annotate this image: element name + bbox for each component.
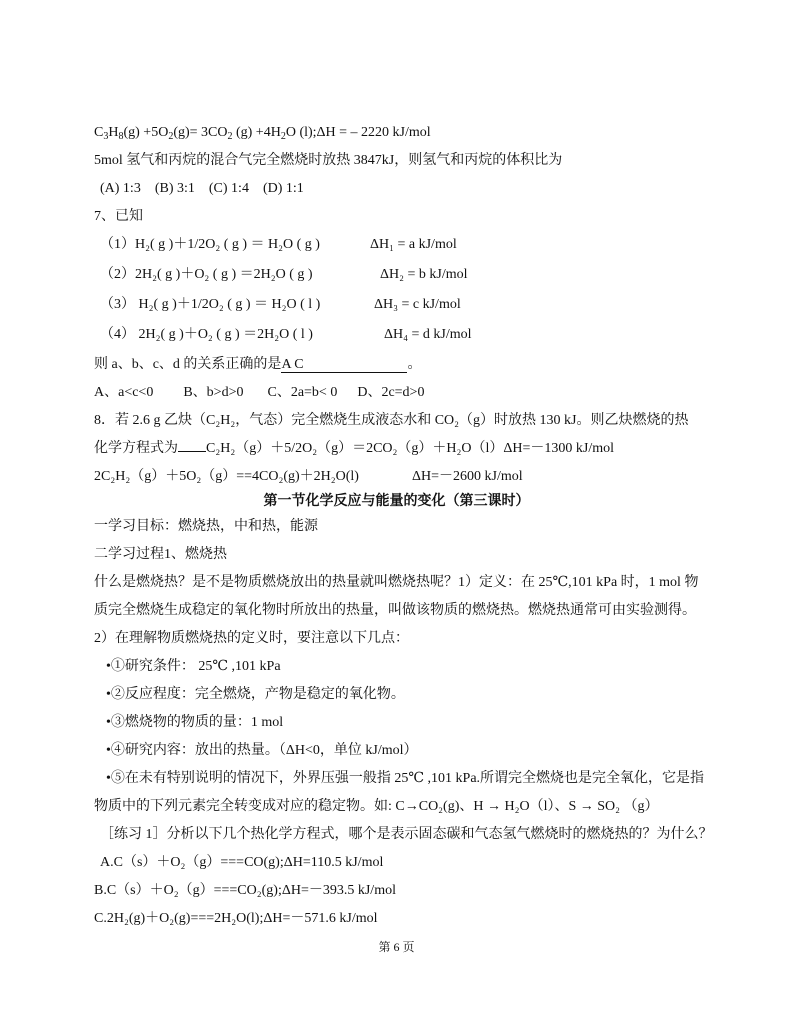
exercise-option-a: A.C（s）＋O₂（g）===CO(g);ΔH=110.5 kJ/mol: [100, 854, 383, 872]
equation-1: （1）H₂( g )＋1/2O₂ ( g ) ＝ H₂O ( g )ΔH₁ = …: [100, 236, 320, 254]
exercise-1: ［练习 1］分析以下几个热化学方程式，哪个是表示固态碳和气态氢气燃烧时的燃烧热的…: [100, 826, 713, 844]
question-6-options: (A) 1:3(B) 3:1(C) 1:4(D) 1:1: [100, 180, 304, 198]
note-3: •③燃烧物的物质的量：1 mol: [106, 714, 283, 732]
answer-blank: A C: [281, 358, 407, 373]
note-5: •⑤在未有特别说明的情况下，外界压强一般指 25℃ ,101 kPa.所谓完全燃…: [106, 770, 704, 788]
question-6-text: 5mol 氢气和丙烷的混合气完全燃烧时放热 3847kJ，则氢气和丙烷的体积比为: [94, 152, 562, 170]
question-8-line3: 2C₂H₂（g）＋5O₂（g）==4CO₂(g)＋2H₂O(l)ΔH=－2600…: [94, 468, 359, 486]
option-d: (D) 1:1: [263, 181, 304, 196]
option-b: (B) 3:1: [155, 181, 195, 196]
definition-line2: 质完全燃烧生成稳定的氧化物时所放出的热量，叫做该物质的燃烧热。燃烧热通常可由实验…: [94, 602, 696, 620]
equation-4: （4） 2H₂( g )＋O₂ ( g ) ＝2H₂O ( l )ΔH₄ = d…: [100, 326, 313, 344]
definition-line1: 什么是燃烧热？是不是物质燃烧放出的热量就叫燃烧热呢？1）定义：在 25℃,101…: [94, 574, 698, 592]
question-7-title: 7、已知: [94, 208, 143, 226]
question-8-line2: 化学方程式为C₂H₂（g）＋5/2O₂（g）＝2CO₂（g）＋H₂O（l）ΔH=…: [94, 440, 614, 458]
notes-intro: 2）在理解物质燃烧热的定义时，要注意以下几点：: [94, 630, 409, 648]
exercise-option-c: C.2H₂(g)＋O₂(g)===2H₂O(l);ΔH=－571.6 kJ/mo…: [94, 910, 378, 928]
page-number: 第 6 页: [0, 938, 793, 955]
option-a: (A) 1:3: [100, 181, 141, 196]
exercise-option-b: B.C（s）＋O₂（g）===CO₂(g);ΔH=－393.5 kJ/mol: [94, 882, 396, 900]
question-7-prompt: 则 a、b、c、d 的关系正确的是 A C。: [94, 356, 421, 374]
section-title: 第一节化学反应与能量的变化（第三课时）: [0, 490, 793, 510]
note-2: •②反应程度：完全燃烧，产物是稳定的氧化物。: [106, 686, 405, 704]
option-c: (C) 1:4: [209, 181, 249, 196]
learning-process: 二学习过程1、燃烧热: [94, 546, 227, 564]
equation-3: （3） H₂( g )＋1/2O₂ ( g ) ＝ H₂O ( l )ΔH₃ =…: [100, 296, 320, 314]
learning-goal: 一学习目标：燃烧热，中和热，能源: [94, 518, 318, 536]
note-5-continued: 物质中的下列元素完全转变成对应的稳定物。如: C→CO₂(g)、H → H₂O（…: [94, 798, 659, 816]
note-4: •④研究内容：放出的热量。（ΔH<0，单位 kJ/mol）: [106, 742, 418, 760]
question-7-options: A、a<c<0B、b>d>0C、2a=b< 0D、2c=d>0: [94, 384, 424, 402]
propane-equation: C3H8(g) +5O2(g)= 3CO2 (g) +4H2O (l);ΔH =…: [94, 124, 431, 142]
note-1: •①研究条件： 25℃ ,101 kPa: [106, 658, 281, 676]
question-8-line1: 8．若 2.6 g 乙炔（C₂H₂，气态）完全燃烧生成液态水和 CO₂（g）时放…: [94, 412, 689, 430]
equation-2: （2）2H₂( g )＋O₂ ( g ) ＝2H₂O ( g )ΔH₂ = b …: [100, 266, 313, 284]
